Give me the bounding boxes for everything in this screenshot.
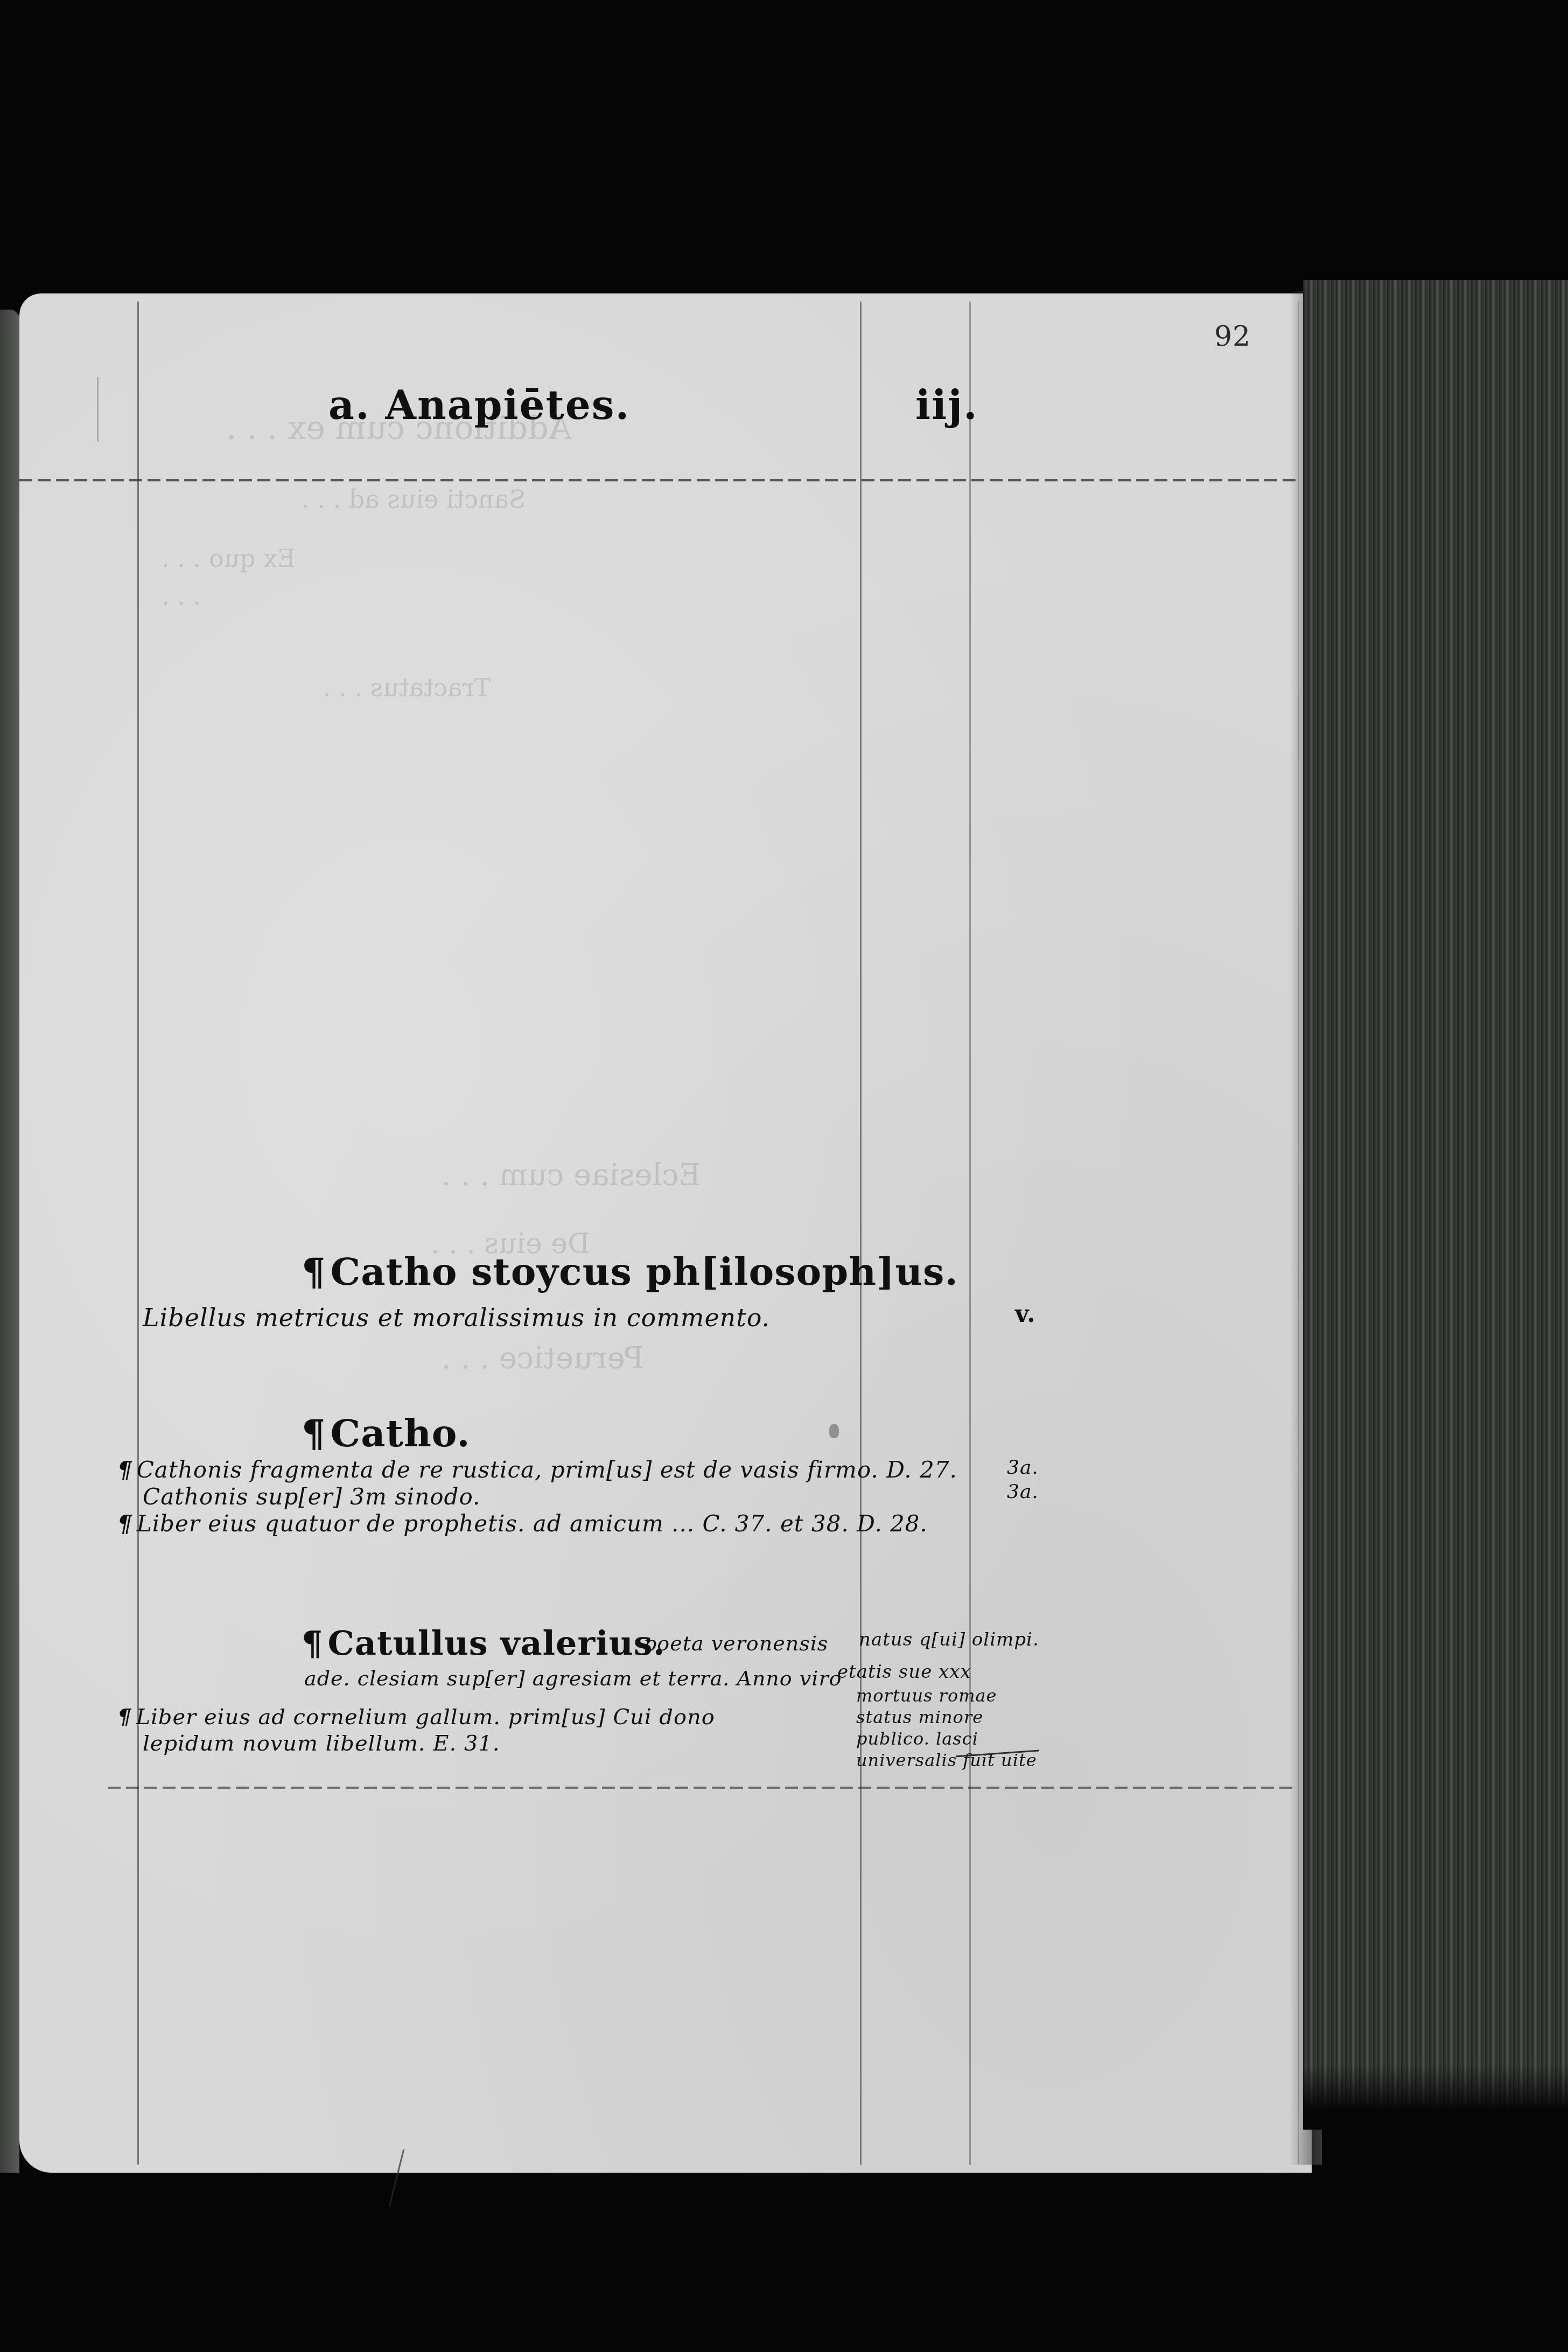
left-board-edge	[0, 310, 19, 2173]
entry-line-text: Liber eius quatuor de prophetis. ad amic…	[137, 1510, 928, 1537]
book-fore-edge	[1303, 280, 1568, 2108]
entry-line: Libellus metricus et moralissimus in com…	[143, 1303, 770, 1332]
folio-number: 92	[1214, 320, 1251, 353]
margin-note: 3a.	[1007, 1457, 1039, 1479]
entry-heading: ¶Catho.	[302, 1411, 471, 1455]
side-column-line: status minore	[856, 1707, 983, 1727]
page-header-title: a. Anapiētes.	[328, 382, 630, 429]
entry-heading-text: Catho.	[331, 1411, 471, 1455]
entry-line: lepidum novum libellum. E. 31.	[143, 1731, 500, 1756]
ruling-vertical-edge	[1298, 302, 1299, 2165]
margin-note: 3a.	[1007, 1481, 1039, 1503]
ruling-vertical-inner-left	[97, 377, 99, 442]
entry-line-text: Liber eius ad cornelium gallum. prim[us]…	[136, 1705, 715, 1730]
margin-note: v.	[1015, 1300, 1035, 1328]
page-header-column-number: iij.	[915, 382, 978, 429]
pilcrow-icon: ¶	[117, 1704, 131, 1730]
pilcrow-icon: ¶	[117, 1457, 132, 1483]
show-through-text: . . .	[162, 582, 201, 611]
show-through-text: Sancti eius ad . . .	[302, 485, 526, 514]
ruling-vertical-left	[137, 302, 139, 2165]
side-column-line: mortuus romae	[856, 1685, 997, 1706]
entry-heading-text: Catho stoycus ph[ilosoph]us.	[331, 1249, 958, 1294]
entry-line: ¶Liber eius ad cornelium gallum. prim[us…	[117, 1704, 715, 1730]
ruling-horizontal-bottom	[108, 1787, 1298, 1789]
pilcrow-icon: ¶	[117, 1510, 132, 1537]
ruling-vertical-right	[969, 302, 971, 2165]
entry-heading-text: Catullus valerius.	[327, 1623, 665, 1663]
pilcrow-icon: ¶	[302, 1623, 323, 1663]
side-column-line: natus q[ui] olimpi.	[859, 1629, 1039, 1650]
manuscript-leaf	[19, 293, 1312, 2173]
entry-line: ¶Cathonis fragmenta de re rustica, prim[…	[117, 1457, 957, 1483]
entry-heading: ¶Catullus valerius.	[302, 1623, 665, 1663]
pilcrow-icon: ¶	[302, 1249, 326, 1294]
pilcrow-icon: ¶	[302, 1411, 326, 1455]
entry-line-text: Cathonis fragmenta de re rustica, prim[u…	[137, 1457, 957, 1483]
show-through-text: Tractatus . . .	[323, 673, 491, 702]
entry-line: ade. clesiam sup[er] agresiam et terra. …	[304, 1667, 842, 1690]
show-through-text: Eclesiae cum . . .	[442, 1158, 701, 1193]
entry-heading-continuation: poeta veronensis	[643, 1632, 828, 1655]
show-through-text: Ex quo . . .	[162, 544, 296, 573]
ruling-vertical-middle	[860, 302, 862, 2165]
entry-line: ¶Liber eius quatuor de prophetis. ad ami…	[117, 1510, 928, 1537]
ruling-horizontal-top	[19, 479, 1301, 481]
side-column-line: etatis sue xxx	[837, 1661, 971, 1683]
ink-blot	[829, 1424, 839, 1438]
show-through-text: Peruetice . . .	[442, 1341, 644, 1376]
entry-heading: ¶Catho stoycus ph[ilosoph]us.	[302, 1249, 958, 1294]
side-column-line: publico. lasci	[856, 1728, 978, 1749]
entry-line: Cathonis sup[er] 3m sinodo.	[143, 1483, 480, 1510]
